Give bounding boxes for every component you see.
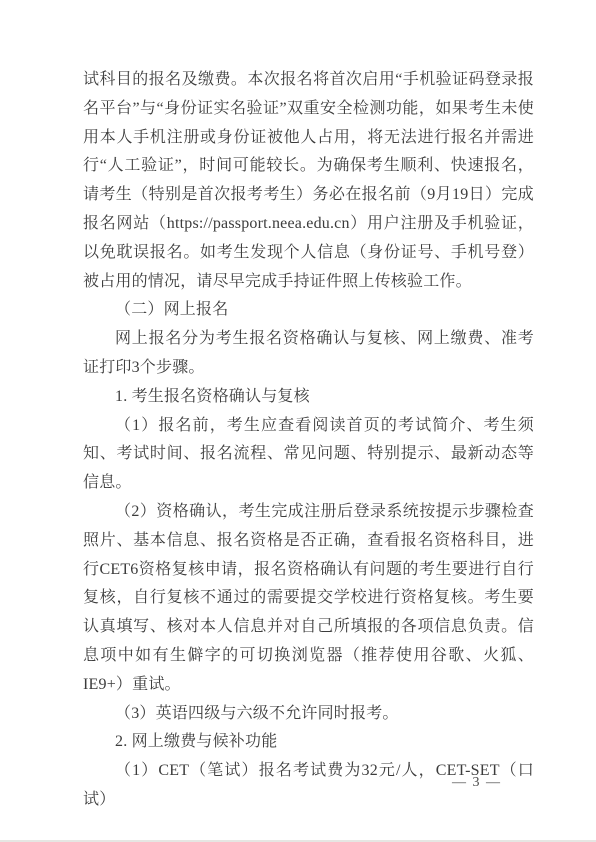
document-page: 试科目的报名及缴费。本次报名将首次启用“手机验证码登录报名平台”与“身份证实名验… (0, 0, 596, 842)
document-body: 试科目的报名及缴费。本次报名将首次启用“手机验证码登录报名平台”与“身份证实名验… (83, 66, 534, 815)
heading-online-payment: 2. 网上缴费与候补功能 (83, 728, 534, 757)
paragraph-registration-steps: 网上报名分为考生报名资格确认与复核、网上缴费、准考证打印3个步骤。 (83, 325, 534, 383)
paragraph-item-no-simultaneous-registration: （3）英语四级与六级不允许同时报考。 (83, 700, 534, 729)
page-number: — 3 — (452, 775, 502, 791)
paragraph-item-before-registration: （1）报名前，考生应查看阅读首页的考试简介、考生须知、考试时间、报名流程、常见问… (83, 412, 534, 498)
paragraph-item-qualification-confirm: （2）资格确认，考生完成注册后登录系统按提示步骤检查照片、基本信息、报名资格是否… (83, 498, 534, 700)
heading-online-registration: （二）网上报名 (83, 296, 534, 325)
paragraph-intro-continuation: 试科目的报名及缴费。本次报名将首次启用“手机验证码登录报名平台”与“身份证实名验… (83, 66, 534, 296)
heading-qualification-confirmation: 1. 考生报名资格确认与复核 (83, 383, 534, 412)
